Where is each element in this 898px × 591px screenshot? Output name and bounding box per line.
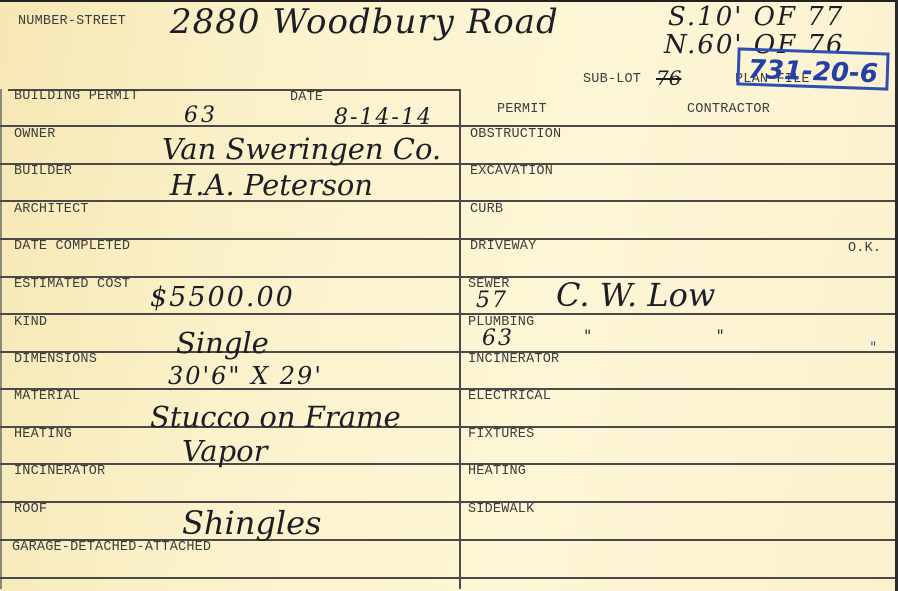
driveway-note: O.K. bbox=[848, 241, 881, 256]
sidewalk-label: SIDEWALK bbox=[468, 502, 534, 517]
curb-label: CURB bbox=[470, 202, 503, 217]
permit-column-header: PERMIT bbox=[497, 102, 547, 117]
row-line bbox=[0, 313, 460, 315]
garage-label: GARAGE-DETACHED-ATTACHED bbox=[12, 540, 211, 555]
row-line bbox=[460, 200, 898, 202]
building-permit-card: NUMBER-STREET 2880 Woodbury Road S.10' O… bbox=[0, 0, 898, 591]
estimated-cost-label: ESTIMATED COST bbox=[14, 277, 130, 292]
number-street-label: NUMBER-STREET bbox=[18, 14, 126, 29]
architect-label: ARCHITECT bbox=[14, 202, 89, 217]
builder-label: BUILDER bbox=[14, 164, 72, 179]
fixtures-label: FIXTURES bbox=[468, 427, 534, 442]
electrical-label: ELECTRICAL bbox=[468, 389, 551, 404]
row-line bbox=[0, 577, 460, 579]
owner-label: OWNER bbox=[14, 127, 56, 142]
incinerator-label: INCINERATOR bbox=[14, 464, 105, 479]
building-permit-value: 63 bbox=[184, 103, 218, 128]
dimensions-label: DIMENSIONS bbox=[14, 352, 97, 367]
heating-permit-label: HEATING bbox=[468, 464, 526, 479]
obstruction-label: OBSTRUCTION bbox=[470, 127, 561, 142]
building-permit-label: BUILDING PERMIT bbox=[14, 89, 139, 104]
excavation-label: EXCAVATION bbox=[470, 164, 553, 179]
dimensions-value: 30'6" X 29' bbox=[168, 362, 323, 390]
lot-note-line1: S.10' OF 77 bbox=[668, 2, 844, 32]
number-street-value: 2880 Woodbury Road bbox=[170, 2, 559, 42]
plan-file-stamp: 731-20-6 bbox=[736, 47, 889, 90]
sewer-permit-value: 57 bbox=[476, 288, 508, 313]
date-value: 8-14-14 bbox=[334, 105, 433, 130]
sub-lot-label: SUB-LOT bbox=[583, 72, 641, 87]
incinerator-permit-label: INCINERATOR bbox=[468, 352, 559, 367]
builder-value: H.A. Peterson bbox=[170, 168, 373, 202]
owner-value: Van Sweringen Co. bbox=[162, 132, 441, 166]
date-label: DATE bbox=[290, 90, 323, 105]
heating-label: HEATING bbox=[14, 427, 72, 442]
row-line bbox=[460, 577, 898, 579]
contractor-column-header: CONTRACTOR bbox=[687, 102, 770, 117]
date-completed-label: DATE COMPLETED bbox=[14, 239, 130, 254]
row-line bbox=[0, 501, 460, 503]
material-value: Stucco on Frame bbox=[150, 400, 401, 434]
plumbing-permit-value: 63 bbox=[482, 326, 514, 351]
sewer-contractor-value: C. W. Low bbox=[556, 276, 715, 314]
roof-label: ROOF bbox=[14, 502, 47, 517]
row-line bbox=[460, 539, 898, 541]
sub-lot-value: 76 bbox=[656, 66, 681, 90]
plumbing-note-ditto: " bbox=[870, 340, 876, 356]
driveway-label: DRIVEWAY bbox=[470, 239, 536, 254]
heating-value: Vapor bbox=[182, 434, 267, 468]
roof-value: Shingles bbox=[182, 504, 321, 542]
estimated-cost-value: $5500.00 bbox=[150, 282, 295, 313]
material-label: MATERIAL bbox=[14, 389, 80, 404]
kind-label: KIND bbox=[14, 315, 47, 330]
kind-value: Single bbox=[176, 326, 269, 360]
plumbing-contractor-ditto: " " bbox=[584, 326, 784, 345]
